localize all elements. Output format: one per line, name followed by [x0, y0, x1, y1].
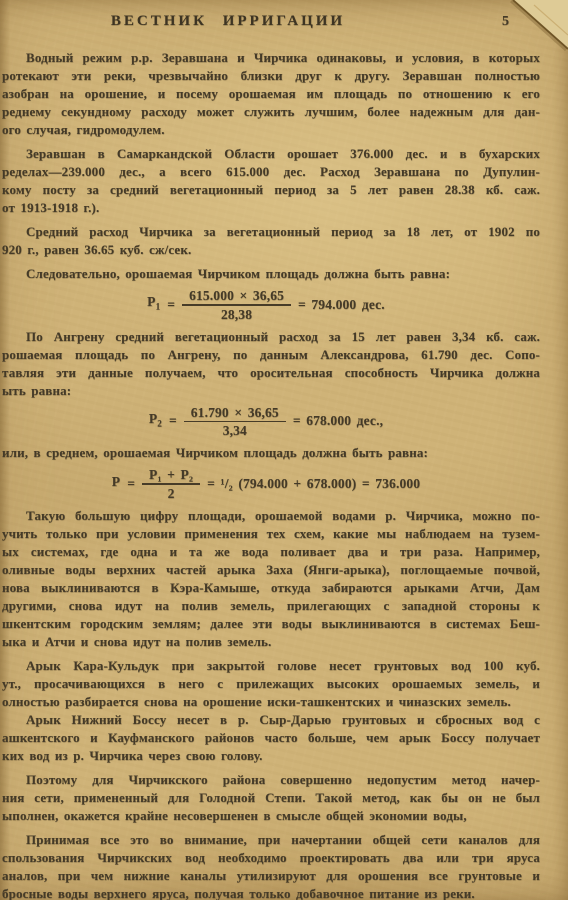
fraction-bar: [182, 304, 291, 306]
text-line: азобран на орошение, и посему орошаемая …: [2, 85, 540, 103]
formula-p1: P1 = 615.000 × 36,65 28,38 = 794.000 дес…: [0, 288, 540, 322]
text-line: ределах—239.000 дес., а всего 615.000 де…: [2, 163, 540, 181]
text-line: шкентским городским землям; далее эти во…: [2, 615, 540, 633]
text-line: аналов, при чем нижние каналы утилизирую…: [2, 867, 540, 885]
text-line: Зеравшан в Самаркандской Области орошает…: [2, 145, 540, 163]
text-line: учить только при условии применения тех …: [2, 525, 540, 543]
paragraph: Арык Нижний Боссу несет в р. Сыр-Дарью г…: [2, 711, 540, 765]
text-line: олностью разбирается снова на орошение и…: [2, 693, 540, 711]
formula-rhs: = 794.000 дес.: [298, 296, 385, 314]
formula-equals: =: [127, 475, 135, 493]
numerator: P₁ + P₂: [142, 467, 200, 482]
paragraph: Арык Кара-Кульдук при закрытой голове не…: [2, 657, 540, 711]
page-body: Водный режим р.р. Зеравшана и Чирчика од…: [2, 49, 540, 900]
paragraph: Средний расход Чирчика за вегетационный …: [2, 223, 540, 259]
page-number: 5: [502, 14, 509, 30]
text-line: нова выклиниваются в Кэра-Камыше, откуда…: [2, 579, 540, 597]
fraction: P₁ + P₂ 2: [142, 467, 200, 501]
text-line: или, в среднем, орошаемая Чирчиком площа…: [2, 444, 540, 462]
formula-lhs: P: [112, 473, 120, 496]
text-line: ния сети, примененный для Голодной Степи…: [2, 789, 540, 807]
text-line: кому посту за средний вегетационный пери…: [2, 181, 540, 199]
text-line: ут., просачивающихся в него с прилежащих…: [2, 675, 540, 693]
paragraph: Следовательно, орошаемая Чирчиком площад…: [2, 265, 540, 283]
text-line: другими, снова идут на полив земель, при…: [2, 597, 540, 615]
formula-p-average: P = P₁ + P₂ 2 = ¹/₂ (794.000 + 678.000) …: [0, 467, 540, 501]
journal-title: ВЕСТНИК ИРРИГАЦИИ: [2, 13, 454, 30]
scanned-journal-page: ВЕСТНИК ИРРИГАЦИИ 5 Водный режим р.р. Зе…: [0, 0, 568, 900]
text-line: Средний расход Чирчика за вегетационный …: [2, 223, 540, 241]
text-line: ых системах, где одна и та же вода полив…: [2, 543, 540, 561]
text-line: Арык Нижний Боссу несет в р. Сыр-Дарью г…: [2, 711, 540, 729]
formula-equals: =: [167, 296, 175, 314]
text-line: спользования Чирчикских вод необходимо п…: [2, 849, 540, 867]
text-line: бросные воды верхнего яруса, получая тол…: [2, 885, 540, 900]
formula-lhs: P1: [147, 293, 160, 316]
text-line: ашкентского и Кауфманского районов часто…: [2, 729, 540, 747]
paragraph: Такую большую цифру площади, орошаемой в…: [2, 507, 540, 651]
formula-rhs: = ¹/₂ (794.000 + 678.000) = 736.000: [207, 475, 420, 493]
paragraph: Зеравшан в Самаркандской Области орошает…: [2, 145, 540, 217]
text-line: Следовательно, орошаемая Чирчиком площад…: [2, 265, 540, 283]
text-line: ротекают эти реки, чрезвычайно близки др…: [2, 67, 540, 85]
text-line: Принимая все это во внимание, при начерт…: [2, 831, 540, 849]
denominator: 3,34: [216, 423, 254, 438]
text-line: ого случая, гидромодулем.: [2, 121, 540, 139]
text-line: рошаемая площадь по Ангрену, по данным А…: [2, 346, 540, 364]
paragraph: Поэтому для Чирчикского района совершенн…: [2, 771, 540, 825]
text-line: реднему секундному расходу может служить…: [2, 103, 540, 121]
paragraph: По Ангрену средний вегетационный расход …: [2, 328, 540, 400]
text-line: ыполнен, окажется крайне несовершенен в …: [2, 807, 540, 825]
text-line: ыть равна:: [2, 382, 540, 400]
text-line: По Ангрену средний вегетационный расход …: [2, 328, 540, 346]
numerator: 615.000 × 36,65: [182, 288, 291, 303]
paragraph: или, в среднем, орошаемая Чирчиком площа…: [2, 444, 540, 462]
text-line: Арык Кара-Кульдук при закрытой голове не…: [2, 657, 540, 675]
text-line: ыка и Атчи и снова идут на полив земель.: [2, 633, 540, 651]
formula-lhs: P2: [149, 410, 162, 433]
text-line: ких вод из р. Чирчика через свою голову.: [2, 747, 540, 765]
text-line: Такую большую цифру площади, орошаемой в…: [2, 507, 540, 525]
fraction: 61.790 × 36,65 3,34: [184, 405, 286, 439]
formula-subscript: 2: [157, 419, 162, 429]
fraction-bar: [142, 483, 200, 485]
numerator: 61.790 × 36,65: [184, 405, 286, 420]
formula-p2: P2 = 61.790 × 36,65 3,34 = 678.000 дес.,: [0, 405, 540, 439]
text-line: тавляя эти данные получаем, что оросител…: [2, 364, 540, 382]
denominator: 2: [161, 486, 182, 501]
formula-equals: =: [169, 412, 177, 430]
formula-rhs: = 678.000 дес.,: [293, 412, 383, 430]
text-line: 920 г., равен 36.65 куб. сж/сек.: [2, 241, 540, 259]
text-line: Поэтому для Чирчикского района совершенн…: [2, 771, 540, 789]
denominator: 28,38: [214, 307, 259, 322]
fraction-bar: [184, 421, 286, 423]
paragraph: Принимая все это во внимание, при начерт…: [2, 831, 540, 900]
fraction: 615.000 × 36,65 28,38: [182, 288, 291, 322]
text-line: оливные воды верхних частей арыка Заха (…: [2, 561, 540, 579]
formula-subscript: 1: [156, 302, 161, 312]
page-header: ВЕСТНИК ИРРИГАЦИИ 5: [2, 10, 540, 42]
text-line: Водный режим р.р. Зеравшана и Чирчика од…: [2, 49, 540, 67]
paragraph: Водный режим р.р. Зеравшана и Чирчика од…: [2, 49, 540, 139]
text-line: от 1913-1918 г.).: [2, 199, 540, 217]
